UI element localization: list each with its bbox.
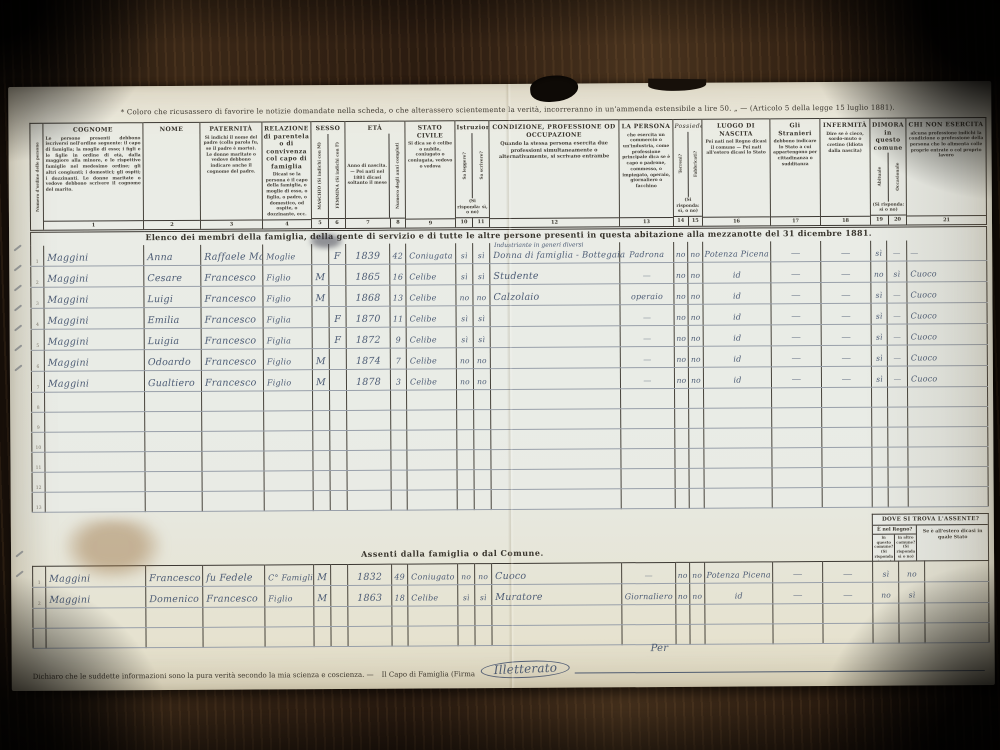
cell: Celibe [406,348,456,369]
handwritten-entry: 9 [396,336,401,345]
declaration-text: Dichiaro che le suddette informazioni so… [33,671,374,681]
cell [407,490,457,510]
cell [45,452,145,473]
handwritten-entry: no [691,376,701,385]
handwritten-entry: — [841,332,851,343]
handwritten-entry: no [907,569,917,578]
cell: Maggini [44,266,144,288]
handwritten-annotation: Industriante in generi diversi [494,241,583,249]
cell [146,607,203,627]
handwritten-entry: — [643,355,651,364]
row-number: 7 [31,371,44,392]
handwritten-entry: — [843,590,853,601]
handwritten-entry: Maggini [48,358,89,369]
row-number: 1 [33,566,46,587]
handwritten-entry: — [791,311,801,322]
cell [621,488,675,508]
cell [347,390,391,410]
handwritten-entry: sì [875,249,882,258]
handwritten-entry: Cuoco [911,374,937,383]
handwritten-entry: — [843,569,853,580]
cell [391,410,407,430]
cell [689,408,704,428]
col-luogo-nascita: LUOGO DI NASCITA Pei nati nel Regno dica… [702,119,771,227]
cell [704,488,772,508]
handwritten-entry: M [316,356,326,367]
handwritten-entry: sì [876,291,883,300]
cell: no [674,262,688,283]
cell: F [329,327,346,348]
cell [391,450,407,470]
handwritten-entry: 49 [394,573,405,582]
handwritten-entry: — [841,311,851,322]
cell: Celibe [406,285,456,306]
handwritten-entry: sì [883,570,890,579]
handwritten-entry: no [690,271,700,280]
handwritten-per: Per [651,643,669,654]
cell: Figlia [263,307,312,328]
handwritten-entry: C° Famiglia [268,573,314,582]
cell [145,451,202,471]
cell: no [473,348,490,369]
cell [822,407,872,427]
cell [704,428,772,448]
cell: M [312,286,329,307]
cell [622,604,676,624]
cell [899,603,925,623]
handwritten-entry: Figlio [268,594,292,603]
cell [264,391,313,411]
handwritten-entry: Celibe [410,356,437,365]
cell: Anna [144,245,201,266]
cell: — [887,345,907,366]
cell [621,388,675,408]
handwritten-entry: Celibe [409,272,436,281]
cell [313,411,330,431]
cell [491,489,621,510]
cell [330,450,347,470]
cell [330,410,347,430]
cell [689,468,704,488]
handwritten-entry: Emilia [148,315,180,326]
cell [690,624,705,644]
handwritten-entry: no [691,292,701,301]
handwritten-entry: M [317,593,327,604]
cell: no [475,564,492,585]
handwritten-entry: Francesco [149,573,201,584]
handwritten-entry: Cuoco [910,290,936,299]
cell [873,603,899,623]
cell: 13 [390,285,406,306]
cell [690,604,705,624]
cell: Francesco [201,286,263,307]
cell [457,470,474,490]
cell: — [771,304,821,325]
cell [407,410,457,430]
cell: sì [458,585,475,606]
col-la-persona: LA PERSONA che esercita un commercio o u… [619,119,674,227]
handwritten-entry: — [894,375,902,384]
cell [313,491,330,511]
cell [689,488,704,508]
cell: — [887,303,907,324]
handwritten-entry: 1839 [355,251,380,262]
cell [772,428,822,448]
cell: Cesare [144,265,201,286]
cell: — [887,282,907,303]
cell [872,447,888,467]
cell: — [887,324,907,345]
handwritten-entry: — [792,374,802,385]
cell [925,561,989,582]
handwritten-entry: Francesco [205,356,257,367]
cell: 42 [390,244,406,265]
cell: no [674,367,688,388]
handwritten-entry: Francesco [206,593,258,604]
handwritten-entry: sì [478,335,485,344]
cell: sì [887,261,907,282]
cell: no [690,562,705,583]
cell: 3 [390,369,406,390]
cell: — [821,282,871,303]
cell: sì [871,366,887,387]
handwritten-entry: Studente [493,271,538,282]
handwritten-entry: Anna [147,252,173,263]
handwritten-entry: — [793,569,803,580]
cell: M [312,349,329,370]
row-number: 2 [33,587,46,608]
cell [475,626,492,646]
col-infermita: INFERMITÀ Dire se è cieco, sordo-muto o … [820,118,871,226]
handwritten-entry: — [791,248,801,259]
cell: no [458,564,475,585]
handwritten-entry: 1878 [356,377,381,388]
cell [265,627,314,647]
handwritten-entry: Luigi [147,294,173,305]
cell [704,408,772,428]
census-form-table: Numero d'ordine delle persone COGNOME Le… [29,117,988,513]
handwritten-entry: sì [463,593,470,602]
cell [474,390,491,410]
cell: fu Fedele [203,565,265,586]
cell: 1868 [346,285,390,306]
cell: Francesco [201,370,263,391]
cell [772,448,822,468]
cell [773,624,823,644]
cell: — [620,262,674,283]
cell [888,447,908,467]
cell: no [473,285,490,306]
cell: Cuoco [907,303,987,324]
cell [314,607,331,627]
cell: 11 [390,306,406,327]
cell: Figlio [263,286,312,307]
cell [458,626,475,646]
cell: Cuoco [907,366,987,387]
cell: Francesco [201,265,263,286]
cell [704,468,772,488]
handwritten-entry: sì [478,314,485,323]
cell: id [703,325,771,346]
handwritten-entry: Cesare [147,273,182,284]
handwritten-entry: Francesco [205,314,257,325]
handwritten-entry: — [793,590,803,601]
cell [457,390,474,410]
cell [203,627,265,647]
absent-table: Assenti dalla famiglia o dal Comune. DOV… [32,513,990,649]
handwritten-entry: — [841,248,851,259]
handwritten-entry: sì [478,251,485,260]
handwritten-entry: — [841,353,851,364]
handwritten-entry: Maggini [48,379,89,390]
cell [46,608,146,629]
cell [408,626,458,646]
handwritten-entry: — [893,291,901,300]
cell [888,487,908,507]
handwritten-entry: Celibe [410,377,437,386]
row-number: 8 [32,392,45,412]
handwritten-entry: 1832 [357,572,382,583]
cell [872,487,888,507]
handwritten-entry: Gualtiero [148,378,195,389]
handwritten-entry: id [733,334,741,343]
handwritten-entry: sì [876,354,883,363]
cell: sì [871,324,887,345]
cell: Francesco [146,565,203,586]
cell: sì [873,561,899,582]
handwritten-entry: Francesco [204,272,256,283]
handwritten-entry: — [791,290,801,301]
cell [925,603,989,623]
handwritten-entry: Francesco [205,335,257,346]
cell: no [473,369,490,390]
handwritten-entry: no [676,334,686,343]
row-number [33,608,46,628]
cell [888,387,908,407]
cell [329,348,346,369]
declaration: Dichiaro che le suddette informazioni so… [33,649,989,681]
handwritten-entry: id [733,271,741,280]
cell: no [676,562,690,583]
cell: Coniugata [406,243,456,264]
cell [908,487,988,507]
handwritten-entry: no [676,271,686,280]
cell: sì [899,582,925,603]
cell: sì [456,243,473,264]
row-number: 5 [31,329,44,350]
cell: id [703,262,771,283]
handwritten-entry: no [676,355,686,364]
signature-line [574,670,984,674]
cell: — [771,262,821,283]
cell [908,447,988,467]
cell: 49 [392,564,408,585]
cell: M [312,370,329,391]
handwritten-entry: no [874,270,884,279]
cell [772,488,822,508]
cell [621,408,675,428]
cell: no [688,262,703,283]
cell [773,604,823,624]
col-condizione: CONDIZIONE, PROFESSIONE OD OCCUPAZIONE Q… [489,120,620,229]
cell: — [771,325,821,346]
cell: Coniugato [408,564,458,585]
cell [872,407,888,427]
cell [490,326,620,348]
handwritten-entry: 1870 [356,314,381,325]
cell: Celibe [406,306,456,327]
torn-hole [529,74,579,104]
cell: Celibe [406,369,456,390]
cell: 1865 [346,264,390,285]
cell [873,623,899,643]
col-cognome: COGNOME Le persone presenti debbono iscr… [43,123,144,232]
row-number: 1 [31,246,44,267]
cell: sì [871,282,887,303]
cell: — [821,345,871,366]
cell [621,428,675,448]
cell: Figlio [263,349,312,370]
handwritten-entry: — [841,269,851,280]
handwritten-entry: Domenico [149,594,199,605]
handwritten-entry: Maggini [49,595,90,606]
handwritten-entry: Donna di famiglia - Bottegaia [493,250,625,261]
cell [676,604,690,624]
cell [391,390,407,410]
cell: — [821,366,871,387]
cell: — [622,562,676,583]
handwritten-entry: M [317,572,327,583]
handwritten-entry: 3 [396,378,401,387]
cell [331,626,348,646]
cell [202,391,264,411]
handwritten-entry: — [645,571,653,580]
cell: 18 [392,585,408,606]
handwritten-entry: no [460,356,470,365]
cell: Maggini [44,245,144,266]
cell: — [821,261,871,282]
handwritten-entry: 1874 [356,356,381,367]
cell [264,451,313,471]
handwritten-entry: 1868 [355,293,380,304]
cell [330,470,347,490]
cell [202,431,264,451]
cell: Maggini [44,329,144,351]
cell [264,431,313,451]
handwritten-entry: sì [461,251,468,260]
cell: Gualtiero [144,370,201,391]
cell: id [705,583,773,604]
cell: no [688,346,703,367]
handwritten-entry: Maggini [47,274,88,285]
cell: no [674,283,688,304]
handwritten-entry: no [676,250,686,259]
handwritten-entry: 13 [393,294,404,303]
handwritten-entry: 16 [393,273,404,282]
handwritten-entry: Cuoco [911,311,937,320]
cell: Cuoco [907,261,987,282]
cell: 1863 [348,585,392,606]
cell [925,582,989,603]
row-number: 2 [31,266,44,287]
cell: sì [456,306,473,327]
cell: no [674,304,688,325]
handwritten-entry: no [691,334,701,343]
handwritten-entry: Coniugata [409,251,453,260]
handwritten-entry: no [678,571,688,580]
cell: id [703,283,771,304]
handwritten-entry: Maggini [47,295,88,306]
cell [490,368,620,390]
handwritten-entry: — [643,313,651,322]
cell: no [873,582,899,603]
cell [313,431,330,451]
handwritten-entry: no [692,592,702,601]
handwritten-entry: Celibe [409,293,436,302]
census-photo: * Coloro che ricusassero di favorire le … [0,0,1000,750]
cell: Figlio [265,586,314,607]
handwritten-entry: — [643,271,651,280]
cell: 9 [390,327,406,348]
cell [145,471,202,491]
cell [704,448,772,468]
handwritten-entry: Maggini [49,574,90,585]
handwritten-entry: 7 [396,357,401,366]
cell: F [329,306,346,327]
cell [908,387,988,407]
cell: no [676,583,690,604]
cell [264,491,313,511]
handwritten-entry: Cuoco [495,571,526,582]
cell [45,392,145,413]
cell [925,623,989,643]
handwritten-entry: Cuoco [911,353,937,362]
cell: Francesco [201,349,263,370]
handwritten-entry: — [894,354,902,363]
handwritten-entry: Raffaele Maggi [204,251,263,262]
cell: Cuoco [907,345,987,366]
handwritten-entry: Coniugato [411,572,455,581]
handwritten-entry: id [733,313,741,322]
cell [676,624,690,644]
cell [347,450,391,470]
handwritten-entry: — [893,249,901,258]
cell [330,430,347,450]
cell [675,468,689,488]
cell: Maggini [46,587,146,609]
handwritten-entry: F [334,335,341,346]
handwritten-entry: no [676,313,686,322]
cell [492,605,622,626]
handwritten-entry: F [334,314,341,325]
col-numero: Numero d'ordine delle persone [30,123,44,231]
handwritten-entry: no [461,572,471,581]
cell: 1872 [346,327,390,348]
cell [457,450,474,470]
handwritten-entry: — [791,332,801,343]
cell: no [674,346,688,367]
cell: — [620,325,674,346]
cell: no [688,242,703,263]
cell: Francesco [201,307,263,328]
cell [822,447,872,467]
handwritten-entry: 1872 [356,335,381,346]
cell: — [773,562,823,583]
cell [329,285,346,306]
cell [822,487,872,507]
cell [888,407,908,427]
handwritten-entry: 42 [392,252,403,261]
